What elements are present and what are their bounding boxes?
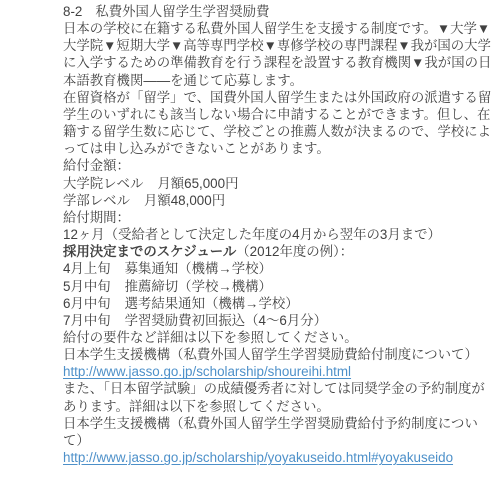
schedule-date: 6月中旬 (63, 296, 111, 311)
document-content: 8-2私費外国人留学生学習奨励費 日本の学校に在籍する私費外国人留学生を支援する… (63, 3, 493, 466)
stipend-amount: 月額48,000円 (144, 193, 225, 208)
stipend-row-graduate: 大学院レベル月額65,000円 (63, 175, 493, 192)
reference-note: 給付の要件など詳細は以下を参照してください。 (63, 329, 493, 346)
eligibility-paragraph: 在留資格が「留学」で、国費外国人留学生または外国政府の派遣する留学生のいずれにも… (63, 89, 493, 158)
grant-period-heading: 給付期間： (63, 209, 493, 226)
schedule-heading-note: （2012年度の例）： (236, 244, 353, 259)
reservation-org: 日本学生支援機構（私費外国人留学生学習奨励費給付予約制度について） (63, 415, 493, 449)
schedule-event: 学習奨励費初回振込（4～6月分） (125, 313, 327, 328)
schedule-row-june: 6月中旬選考結果通知（機構→学校） (63, 295, 493, 312)
stipend-amount: 月額65,000円 (157, 176, 238, 191)
reference-org: 日本学生支援機構（私費外国人留学生学習奨励費給付制度について） (63, 346, 493, 363)
grant-period-value: 12ヶ月（受給者として決定した年度の4月から翌年の3月まで） (63, 226, 493, 243)
schedule-heading-label: 採用決定までのスケジュール (63, 244, 236, 259)
schedule-date: 7月中旬 (63, 313, 111, 328)
section-title: 私費外国人留学生学習奨励費 (95, 4, 269, 19)
stipend-amount-heading: 給付金額： (63, 157, 493, 174)
schedule-event: 選考結果通知（機構→学校） (125, 296, 299, 311)
page-title: 8-2私費外国人留学生学習奨励費 (63, 3, 493, 20)
stipend-row-undergraduate: 学部レベル月額48,000円 (63, 192, 493, 209)
schedule-event: 募集通知（機構→学校） (125, 261, 272, 276)
yoyakuseido-link[interactable]: http://www.jasso.go.jp/scholarship/yoyak… (63, 450, 453, 465)
schedule-date: 4月上旬 (63, 261, 111, 276)
section-number: 8-2 (63, 4, 82, 19)
schedule-heading: 採用決定までのスケジュール（2012年度の例）： (63, 243, 493, 260)
intro-paragraph: 日本の学校に在籍する私費外国人留学生を支援する制度です。▼大学▼大学院▼短期大学… (63, 20, 493, 89)
schedule-row-july: 7月中旬学習奨励費初回振込（4～6月分） (63, 312, 493, 329)
stipend-level: 大学院レベル (63, 176, 143, 191)
reference-link-row: http://www.jasso.go.jp/scholarship/shour… (63, 363, 493, 380)
reservation-note: また、「日本留学試験」の成績優秀者に対しては同奨学金の予約制度があります。詳細は… (63, 380, 493, 414)
document-page: 8-2私費外国人留学生学習奨励費 日本の学校に在籍する私費外国人留学生を支援する… (0, 0, 501, 485)
schedule-row-may: 5月中旬推薦締切（学校→機構） (63, 278, 493, 295)
stipend-level: 学部レベル (63, 193, 130, 208)
schedule-event: 推薦締切（学校→機構） (125, 279, 272, 294)
shoureihi-link[interactable]: http://www.jasso.go.jp/scholarship/shour… (63, 364, 351, 379)
schedule-row-april: 4月上旬募集通知（機構→学校） (63, 260, 493, 277)
schedule-date: 5月中旬 (63, 279, 111, 294)
reservation-link-row: http://www.jasso.go.jp/scholarship/yoyak… (63, 449, 493, 466)
